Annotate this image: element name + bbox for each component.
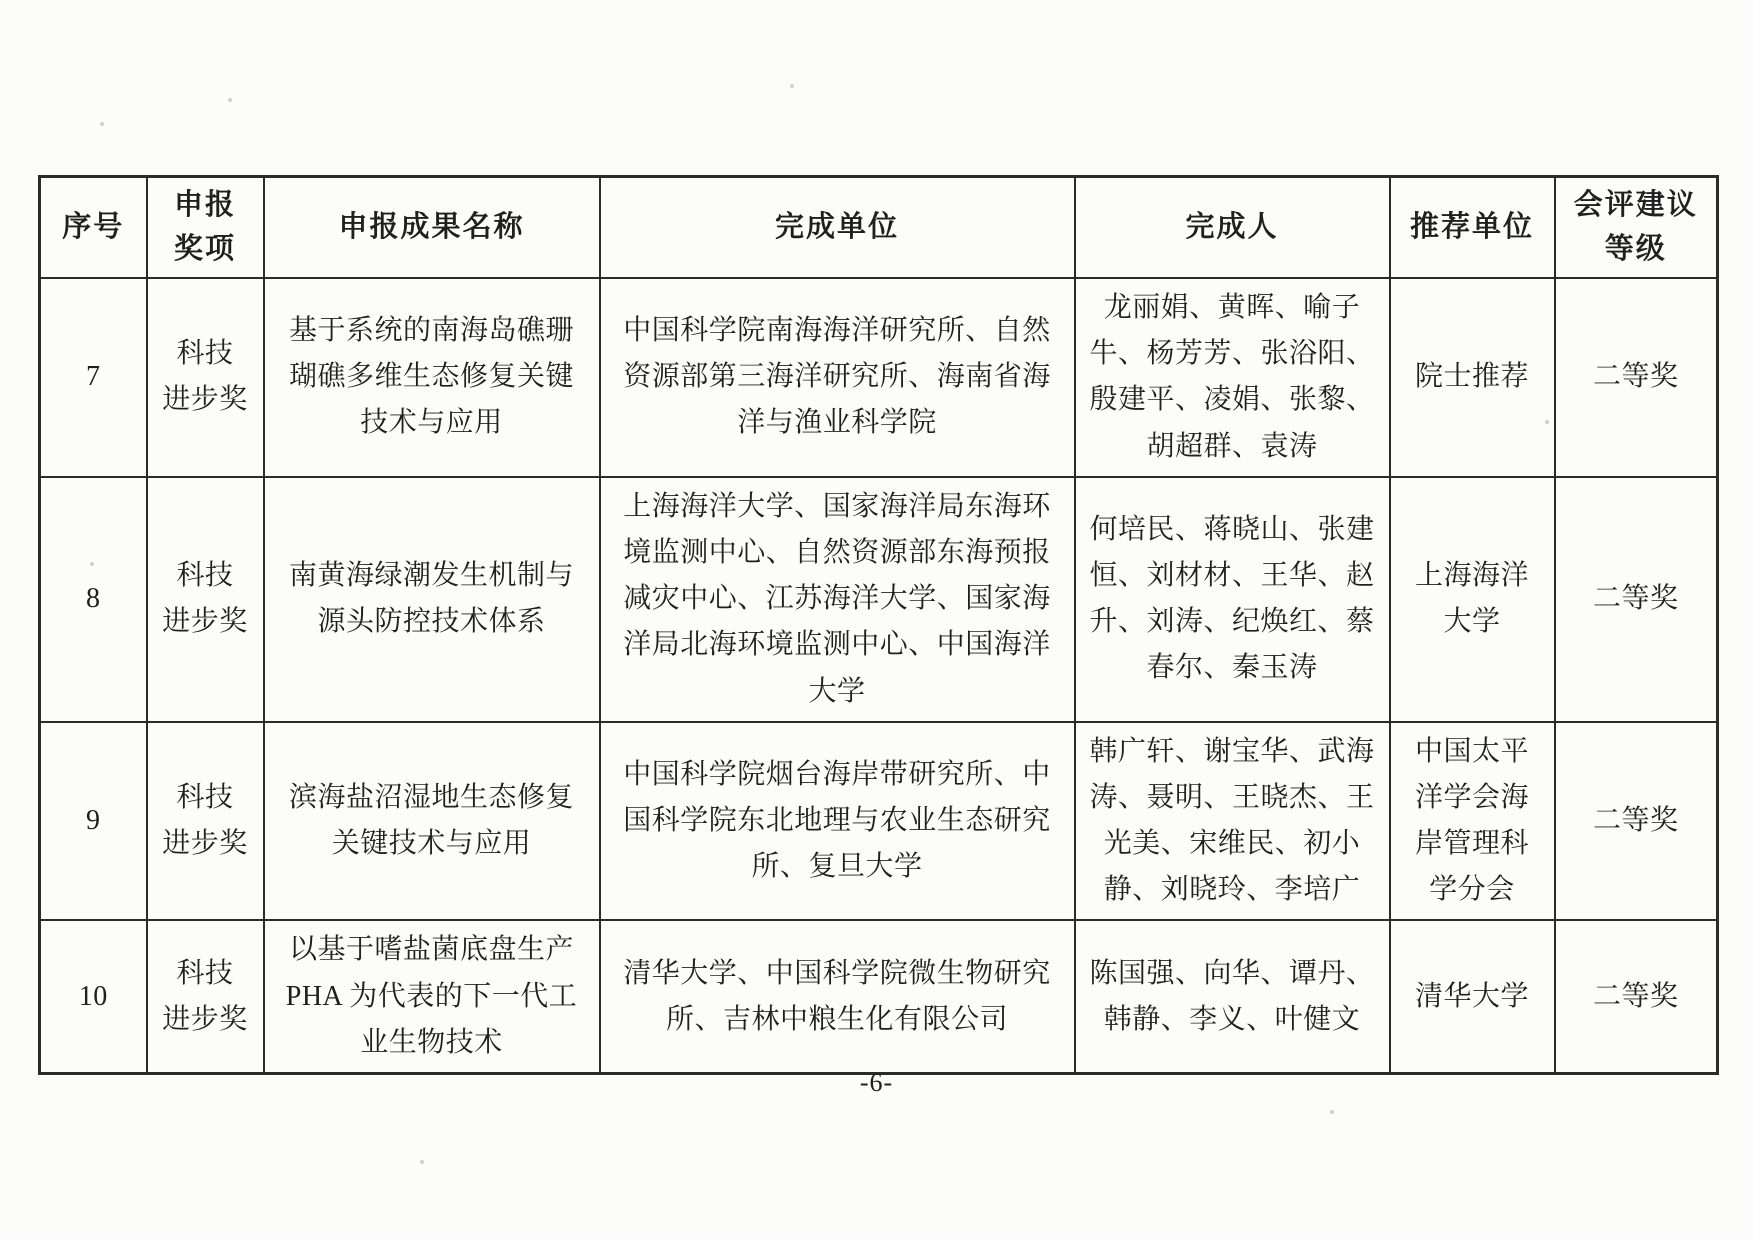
cell-people: 龙丽娟、黄晖、喻子牛、杨芳芳、张浴阳、殷建平、凌娟、张黎、胡超群、袁涛 (1075, 278, 1390, 477)
table-row: 7 科技 进步奖 基于系统的南海岛礁珊瑚礁多维生态修复关键技术与应用 中国科学院… (40, 278, 1718, 477)
cell-category: 科技 进步奖 (147, 278, 264, 477)
table-row: 9 科技 进步奖 滨海盐沼湿地生态修复关键技术与应用 中国科学院烟台海岸带研究所… (40, 722, 1718, 921)
scanned-page: 序号 申报 奖项 申报成果名称 完成单位 完成人 推荐单位 会评建议 等级 7 … (0, 0, 1753, 1240)
cell-no: 7 (40, 278, 147, 477)
col-header-name: 申报成果名称 (264, 177, 600, 279)
cell-name: 滨海盐沼湿地生态修复关键技术与应用 (264, 722, 600, 921)
table-row: 10 科技 进步奖 以基于嗜盐菌底盘生产PHA 为代表的下一代工业生物技术 清华… (40, 920, 1718, 1073)
cell-no: 10 (40, 920, 147, 1073)
scan-speckle (1330, 1110, 1334, 1114)
cell-category: 科技 进步奖 (147, 920, 264, 1073)
table-row: 8 科技 进步奖 南黄海绿潮发生机制与源头防控技术体系 上海海洋大学、国家海洋局… (40, 477, 1718, 722)
cell-no: 9 (40, 722, 147, 921)
cell-recommender: 上海海洋大学 (1390, 477, 1555, 722)
scan-speckle (228, 98, 232, 102)
cell-name: 以基于嗜盐菌底盘生产PHA 为代表的下一代工业生物技术 (264, 920, 600, 1073)
cell-units: 清华大学、中国科学院微生物研究所、吉林中粮生化有限公司 (600, 920, 1075, 1073)
cell-category: 科技 进步奖 (147, 722, 264, 921)
cell-no: 8 (40, 477, 147, 722)
awards-table: 序号 申报 奖项 申报成果名称 完成单位 完成人 推荐单位 会评建议 等级 7 … (38, 175, 1719, 1075)
col-header-no: 序号 (40, 177, 147, 279)
col-header-category: 申报 奖项 (147, 177, 264, 279)
cell-grade: 二等奖 (1555, 278, 1718, 477)
scan-speckle (420, 1160, 424, 1164)
col-header-units: 完成单位 (600, 177, 1075, 279)
cell-recommender: 清华大学 (1390, 920, 1555, 1073)
cell-people: 陈国强、向华、谭丹、韩静、李义、叶健文 (1075, 920, 1390, 1073)
cell-name: 南黄海绿潮发生机制与源头防控技术体系 (264, 477, 600, 722)
table-header-row: 序号 申报 奖项 申报成果名称 完成单位 完成人 推荐单位 会评建议 等级 (40, 177, 1718, 279)
cell-recommender: 中国太平洋学会海岸管理科学分会 (1390, 722, 1555, 921)
scan-speckle (790, 84, 794, 88)
col-header-grade: 会评建议 等级 (1555, 177, 1718, 279)
cell-units: 上海海洋大学、国家海洋局东海环境监测中心、自然资源部东海预报减灾中心、江苏海洋大… (600, 477, 1075, 722)
cell-people: 何培民、蒋晓山、张建恒、刘材材、王华、赵升、刘涛、纪焕红、蔡春尔、秦玉涛 (1075, 477, 1390, 722)
page-number: -6- (0, 1068, 1753, 1098)
cell-name: 基于系统的南海岛礁珊瑚礁多维生态修复关键技术与应用 (264, 278, 600, 477)
cell-units: 中国科学院南海海洋研究所、自然资源部第三海洋研究所、海南省海洋与渔业科学院 (600, 278, 1075, 477)
col-header-people: 完成人 (1075, 177, 1390, 279)
col-header-recommender: 推荐单位 (1390, 177, 1555, 279)
cell-category: 科技 进步奖 (147, 477, 264, 722)
cell-people: 韩广轩、谢宝华、武海涛、聂明、王晓杰、王光美、宋维民、初小静、刘晓玲、李培广 (1075, 722, 1390, 921)
cell-units: 中国科学院烟台海岸带研究所、中国科学院东北地理与农业生态研究所、复旦大学 (600, 722, 1075, 921)
scan-speckle (100, 122, 104, 126)
cell-grade: 二等奖 (1555, 477, 1718, 722)
cell-grade: 二等奖 (1555, 722, 1718, 921)
cell-recommender: 院士推荐 (1390, 278, 1555, 477)
cell-grade: 二等奖 (1555, 920, 1718, 1073)
